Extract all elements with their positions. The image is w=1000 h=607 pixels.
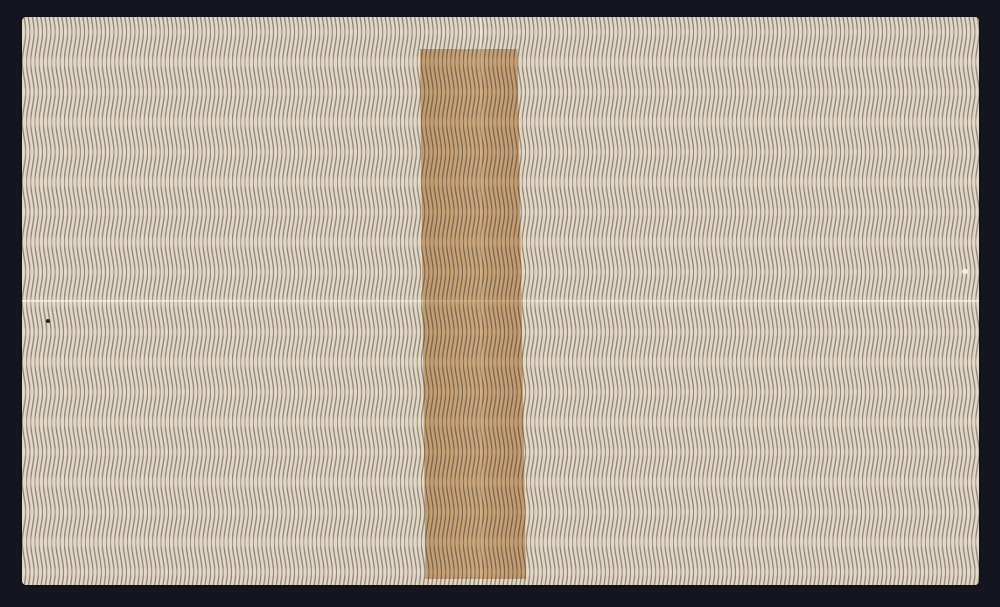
tape-strip bbox=[420, 49, 526, 579]
ink-spot bbox=[46, 319, 50, 323]
paper-note bbox=[22, 17, 979, 585]
small-tear bbox=[962, 269, 968, 274]
